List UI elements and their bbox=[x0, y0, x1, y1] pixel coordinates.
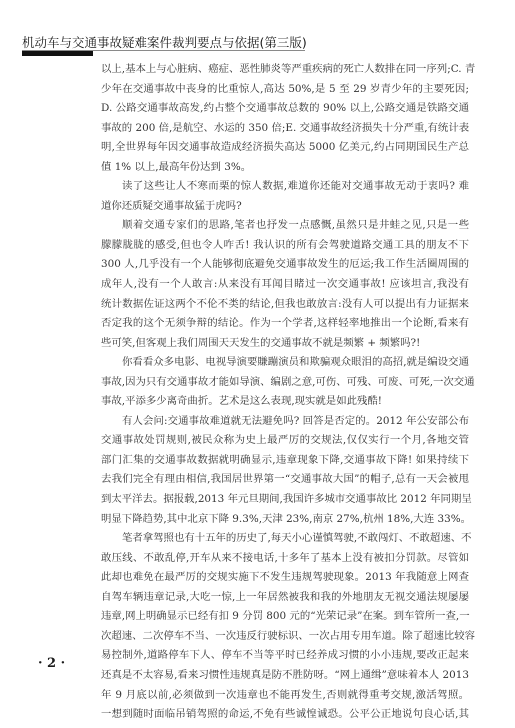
text-line: 少年在交通事故中丧身的比重惊人,高达 50%,是 5 至 29 岁青少年的主要死… bbox=[101, 80, 469, 100]
page-number: · 2 · bbox=[38, 656, 65, 671]
text-line: 否定我的这个无须争辩的结论。作为一个学者,这样轻率地推出一个论断,看来有 bbox=[101, 314, 469, 334]
text-line: 笔者拿驾照也有十五年的历史了,每天小心谨慎驾驶,不敢闯灯、不敢超速、不 bbox=[101, 529, 469, 549]
text-line: 事故,平添多少离奇曲折。艺术是这么表现,现实就是如此残酷! bbox=[101, 392, 469, 412]
text-line: 明,全世界每年因交通事故造成经济损失高达 5000 亿美元,约占同期国民生产总 bbox=[101, 138, 469, 158]
text-line: 顺着交通专家们的思路,笔者也抒发一点感慨,虽然只是井蛙之见,只是一些 bbox=[101, 216, 469, 236]
text-line: 此却也难免在最严厉的交规实施下不发生违规驾驶现象。2013 年我随意上网查 bbox=[101, 568, 469, 588]
header-bar bbox=[22, 51, 93, 56]
text-line: 自驾车辆违章记录,大吃一惊,上一年居然被我和我的外地朋友无视交通法规屡屡 bbox=[101, 588, 469, 608]
text-line: 读了这些让人不寒而栗的惊人数据,难道你还能对交通事故无动于衷吗? 难 bbox=[101, 177, 469, 197]
text-line: 还真是不太容易,看来习惯性违规真是防不胜防呀。“网上通缉”意味着本人 2013 bbox=[101, 666, 469, 686]
text-line: 易控制外,道路停车下人、停车不当等平时已经养成习惯的小小违规,要改正起来 bbox=[101, 646, 469, 666]
text-line: 部门汇集的交通事故数据就明确显示,违章现象下降,交通事故下降! 如果持续下 bbox=[101, 451, 469, 471]
text-line: 交通事故处罚规则,被民众称为史上最严厉的交规法,仅仅实行一个月,各地交管 bbox=[101, 431, 469, 451]
text-line: 事故,因为只有交通事故才能如导演、编剧之意,可伤、可残、可废、可死,一次交通 bbox=[101, 373, 469, 393]
text-line: 去我们完全有理由相信,我国居世界第一“交通事故大国”的帽子,总有一天会被甩 bbox=[101, 470, 469, 490]
body-text: 以上,基本上与心脏病、癌症、恶性肺炎等严重疾病的死亡人数排在同一序列;C. 青少… bbox=[101, 60, 469, 725]
text-line: 300 人,几乎没有一个人能够彻底避免交通事故发生的厄运;我工作生活圈周围的 bbox=[101, 255, 469, 275]
text-line: 事故的 200 倍,是航空、水运的 350 倍;E. 交通事故经济损失十分严重,… bbox=[101, 119, 469, 139]
text-line: 以上,基本上与心脏病、癌症、恶性肺炎等严重疾病的死亡人数排在同一序列;C. 青 bbox=[101, 60, 469, 80]
text-line: 到太平洋去。据报载,2013 年元旦期间,我国许多城市交通事故比 2012 年同… bbox=[101, 490, 469, 510]
text-line: 一想到随时面临吊销驾照的命运,不免有些诚惶诚恐。公平公正地说句良心话,其 bbox=[101, 705, 469, 725]
text-line: 朦朦胧胧的感受,但也令人咋舌! 我认识的所有会驾驶道路交通工具的朋友不下 bbox=[101, 236, 469, 256]
text-line: 违章,网上明确显示已经有扣 9 分罚 800 元的“光荣记录”在案。到车管所一查… bbox=[101, 607, 469, 627]
text-line: 明显下降趋势,其中北京下降 9.3%,天津 23%,南京 27%,杭州 18%,… bbox=[101, 510, 469, 530]
text-line: 值 1% 以上,最高年份达到 3%。 bbox=[101, 158, 469, 178]
text-line: 成年人,没有一个人敢言:从来没有耳闻目睹过一次交通事故! 应该坦言,我没有 bbox=[101, 275, 469, 295]
text-line: 敢压线、不敢乱停,开车从来不接电话,十多年了基本上没有被扣分罚款。尽管如 bbox=[101, 549, 469, 569]
text-line: 道你还质疑交通事故猛于虎吗? bbox=[101, 197, 469, 217]
text-line: 年 9 月底以前,必须做到一次违章也不能再发生,否则就得重考交规,激活驾照。 bbox=[101, 686, 469, 706]
text-line: 有人会问:交通事故难道就无法避免吗? 回答是否定的。2012 年公安部公布 bbox=[101, 412, 469, 432]
text-line: 些可笑,但客观上我们周围天天发生的交通事故不就是频繁 + 频繁吗?! bbox=[101, 334, 469, 354]
text-line: 你看看众多电影、电视导演要賺蹦演员和欺骗观众眼泪的高招,就是编设交通 bbox=[101, 353, 469, 373]
running-head: 机动车与交通事故疑难案件裁判要点与依据(第三版) bbox=[22, 33, 307, 51]
text-line: D. 公路交通事故高发,约占整个交通事故总数的 90% 以上,公路交通是铁路交通 bbox=[101, 99, 469, 119]
text-line: 统计数据佐证这两个不伦不类的结论,但我也敢放言:没有人可以提出有力证据来 bbox=[101, 295, 469, 315]
text-line: 次超速、二次停车不当、一次违反行驶标识、一次占用专用车道。除了超速比较容 bbox=[101, 627, 469, 647]
